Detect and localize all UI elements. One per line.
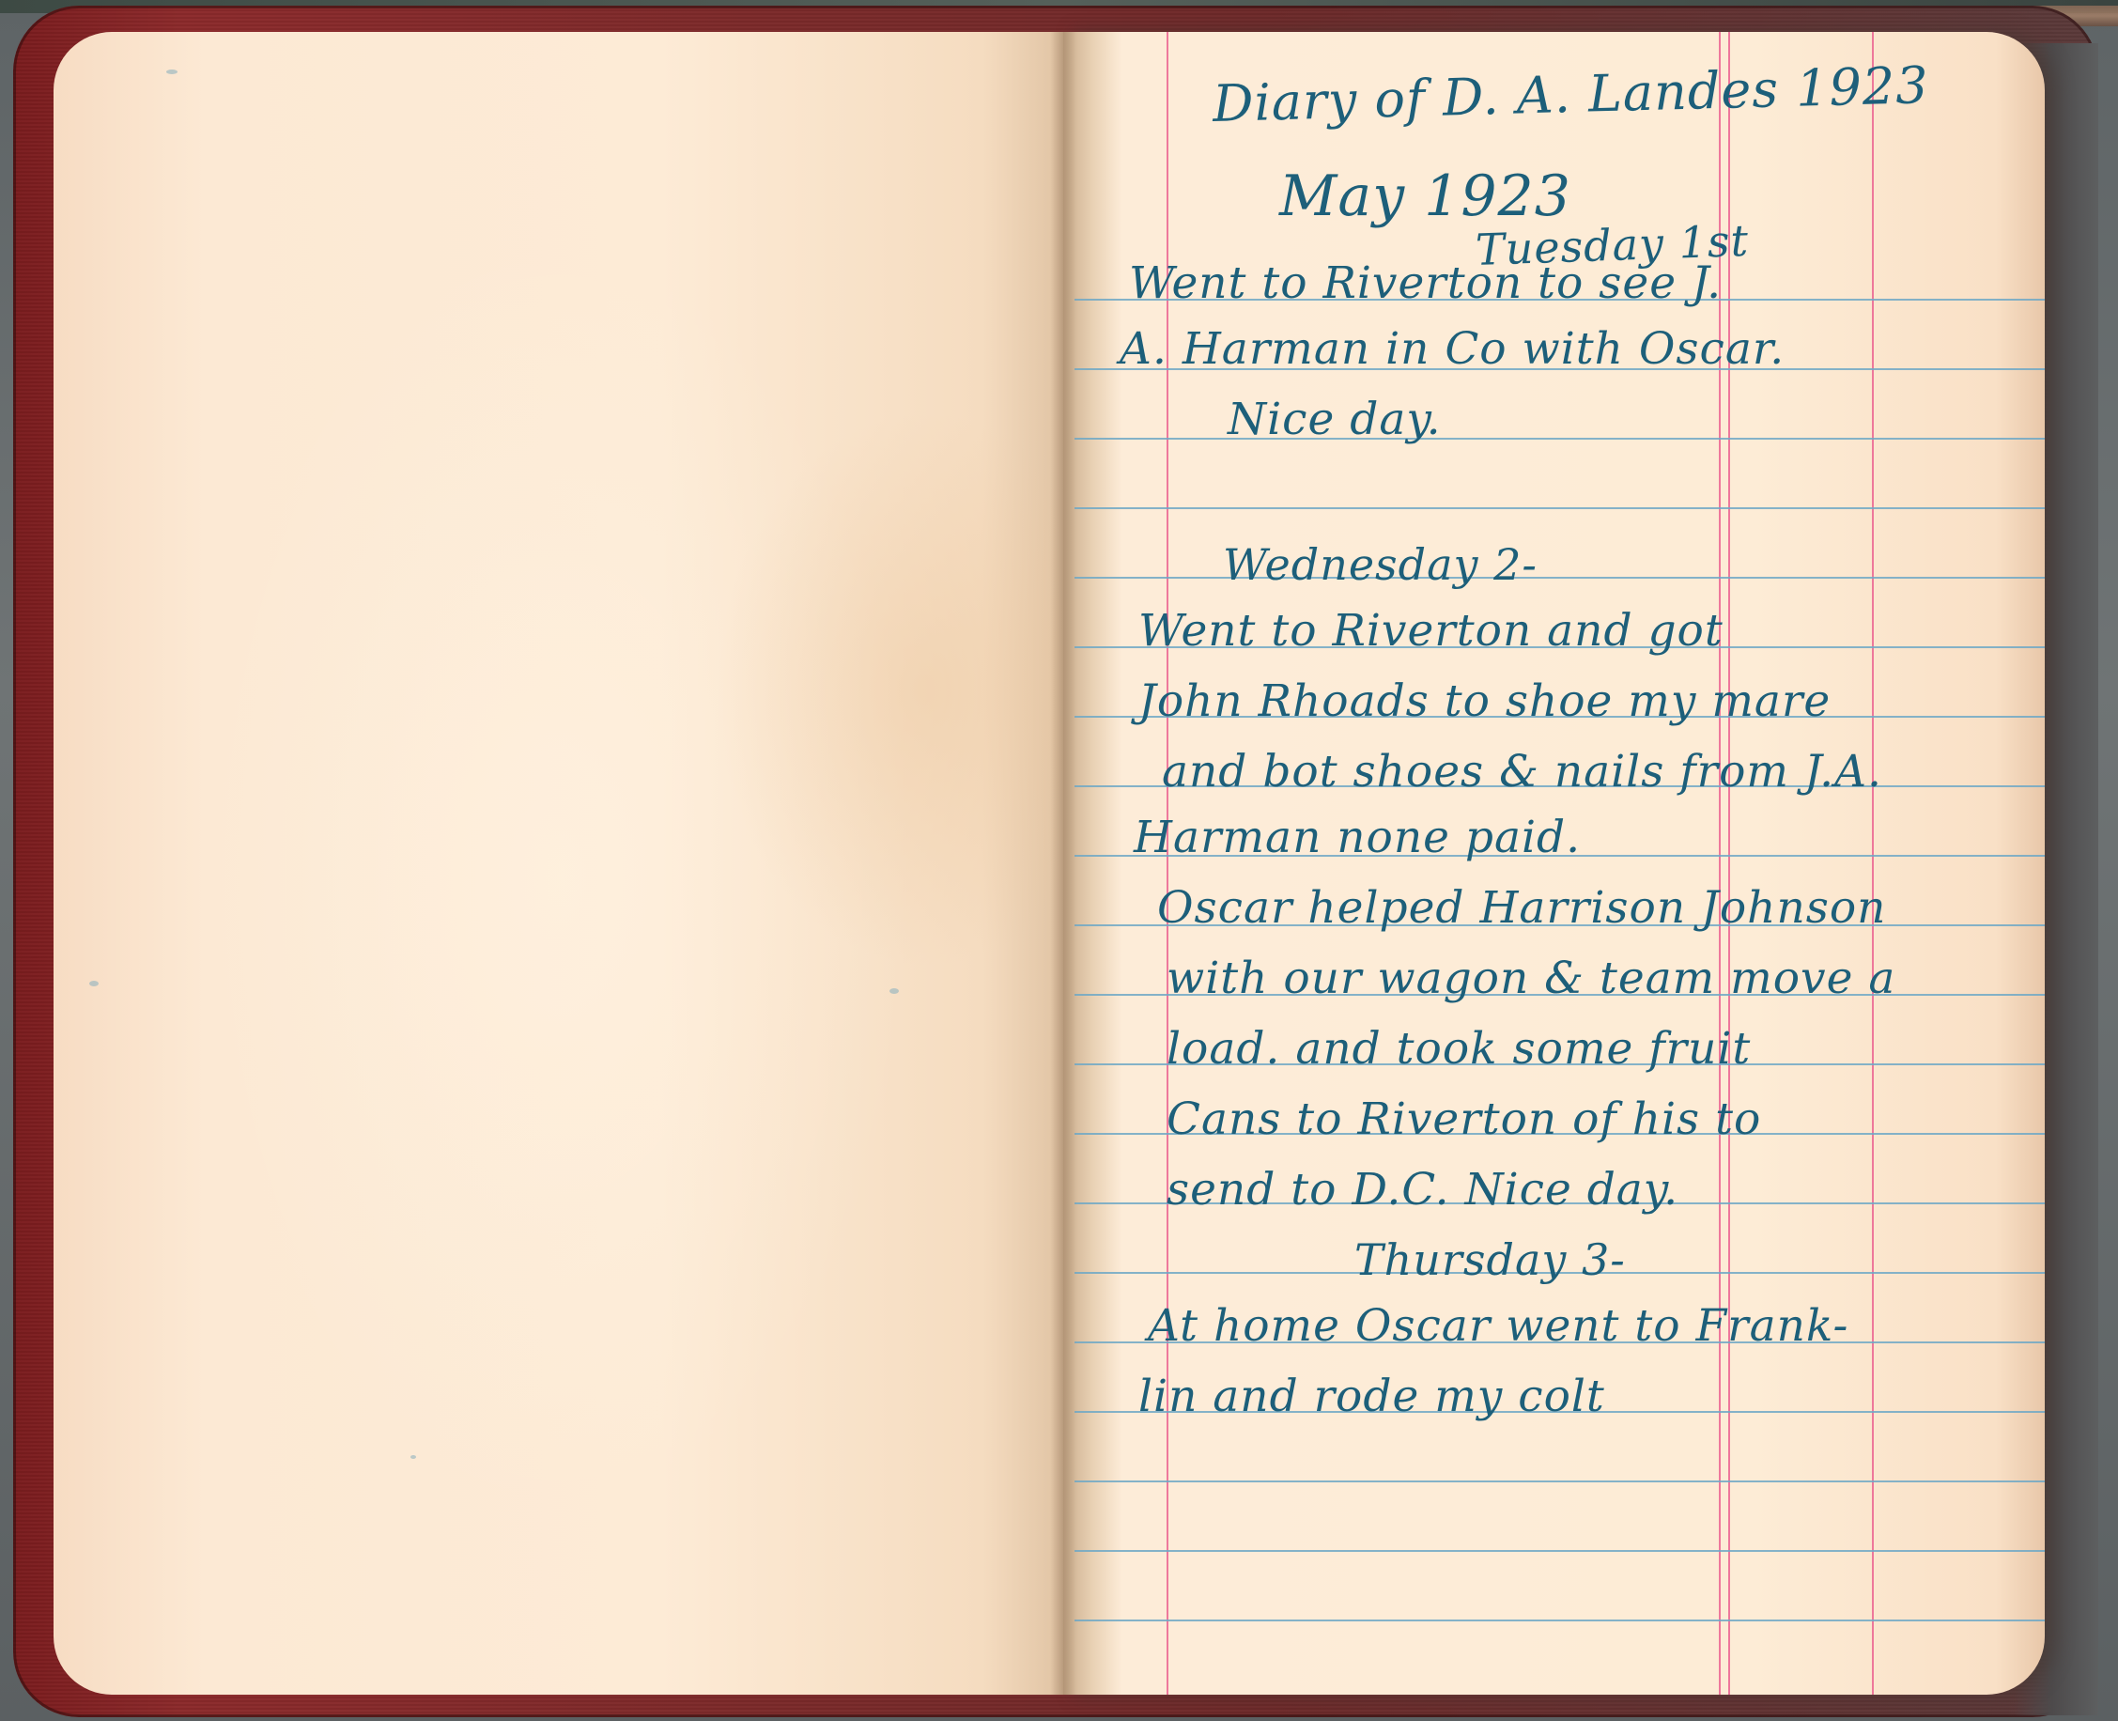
entry-line: At home Oscar went to Frank- xyxy=(1148,1300,1848,1352)
entry-line: Nice day. xyxy=(1228,394,1442,445)
ink-speck xyxy=(889,988,899,994)
entry-line: with our wagon & team move a xyxy=(1167,953,1895,1004)
entry-line: John Rhoads to shoe my mare xyxy=(1138,675,1831,727)
right-page: Diary of D. A. Landes 1923 May 1923 Tues… xyxy=(1063,32,2045,1695)
day-heading-wednesday: Wednesday 2- xyxy=(1223,539,1538,590)
ink-speck xyxy=(89,981,99,986)
ink-speck xyxy=(166,70,178,74)
ink-speck xyxy=(410,1455,416,1459)
entry-line: Cans to Riverton of his to xyxy=(1167,1093,1761,1145)
scan-margin xyxy=(0,1721,2118,1736)
entry-line: A. Harman in Co with Oscar. xyxy=(1120,323,1785,375)
entry-line: send to D.C. Nice day. xyxy=(1167,1164,1678,1216)
ruled-line xyxy=(1074,1480,2045,1482)
entry-line: load. and took some fruit xyxy=(1167,1023,1751,1075)
left-page xyxy=(54,32,1063,1695)
entry-line: lin and rode my colt xyxy=(1138,1371,1605,1422)
month-heading: May 1923 xyxy=(1279,163,1571,229)
entry-line: Went to Riverton and got xyxy=(1138,605,1724,657)
ruled-line xyxy=(1074,507,2045,509)
book-gutter xyxy=(1050,32,1076,1695)
column-line-double-b xyxy=(1728,32,1730,1695)
entry-line: Oscar helped Harrison Johnson xyxy=(1157,882,1886,934)
ruled-line xyxy=(1074,1620,2045,1621)
entry-line: Harman none paid. xyxy=(1134,812,1581,863)
entry-line: Went to Riverton to see J. xyxy=(1129,257,1722,309)
day-heading-thursday: Thursday 3- xyxy=(1354,1234,1626,1285)
scan-background: Diary of D. A. Landes 1923 May 1923 Tues… xyxy=(0,0,2118,1721)
diary-title: Diary of D. A. Landes 1923 xyxy=(1212,55,1929,133)
entry-line: and bot shoes & nails from J.A. xyxy=(1162,746,1882,798)
ruled-line xyxy=(1074,1550,2045,1552)
ruled-line xyxy=(1074,577,2045,579)
ruled-line xyxy=(1074,438,2045,440)
column-line-right xyxy=(1872,32,1874,1695)
